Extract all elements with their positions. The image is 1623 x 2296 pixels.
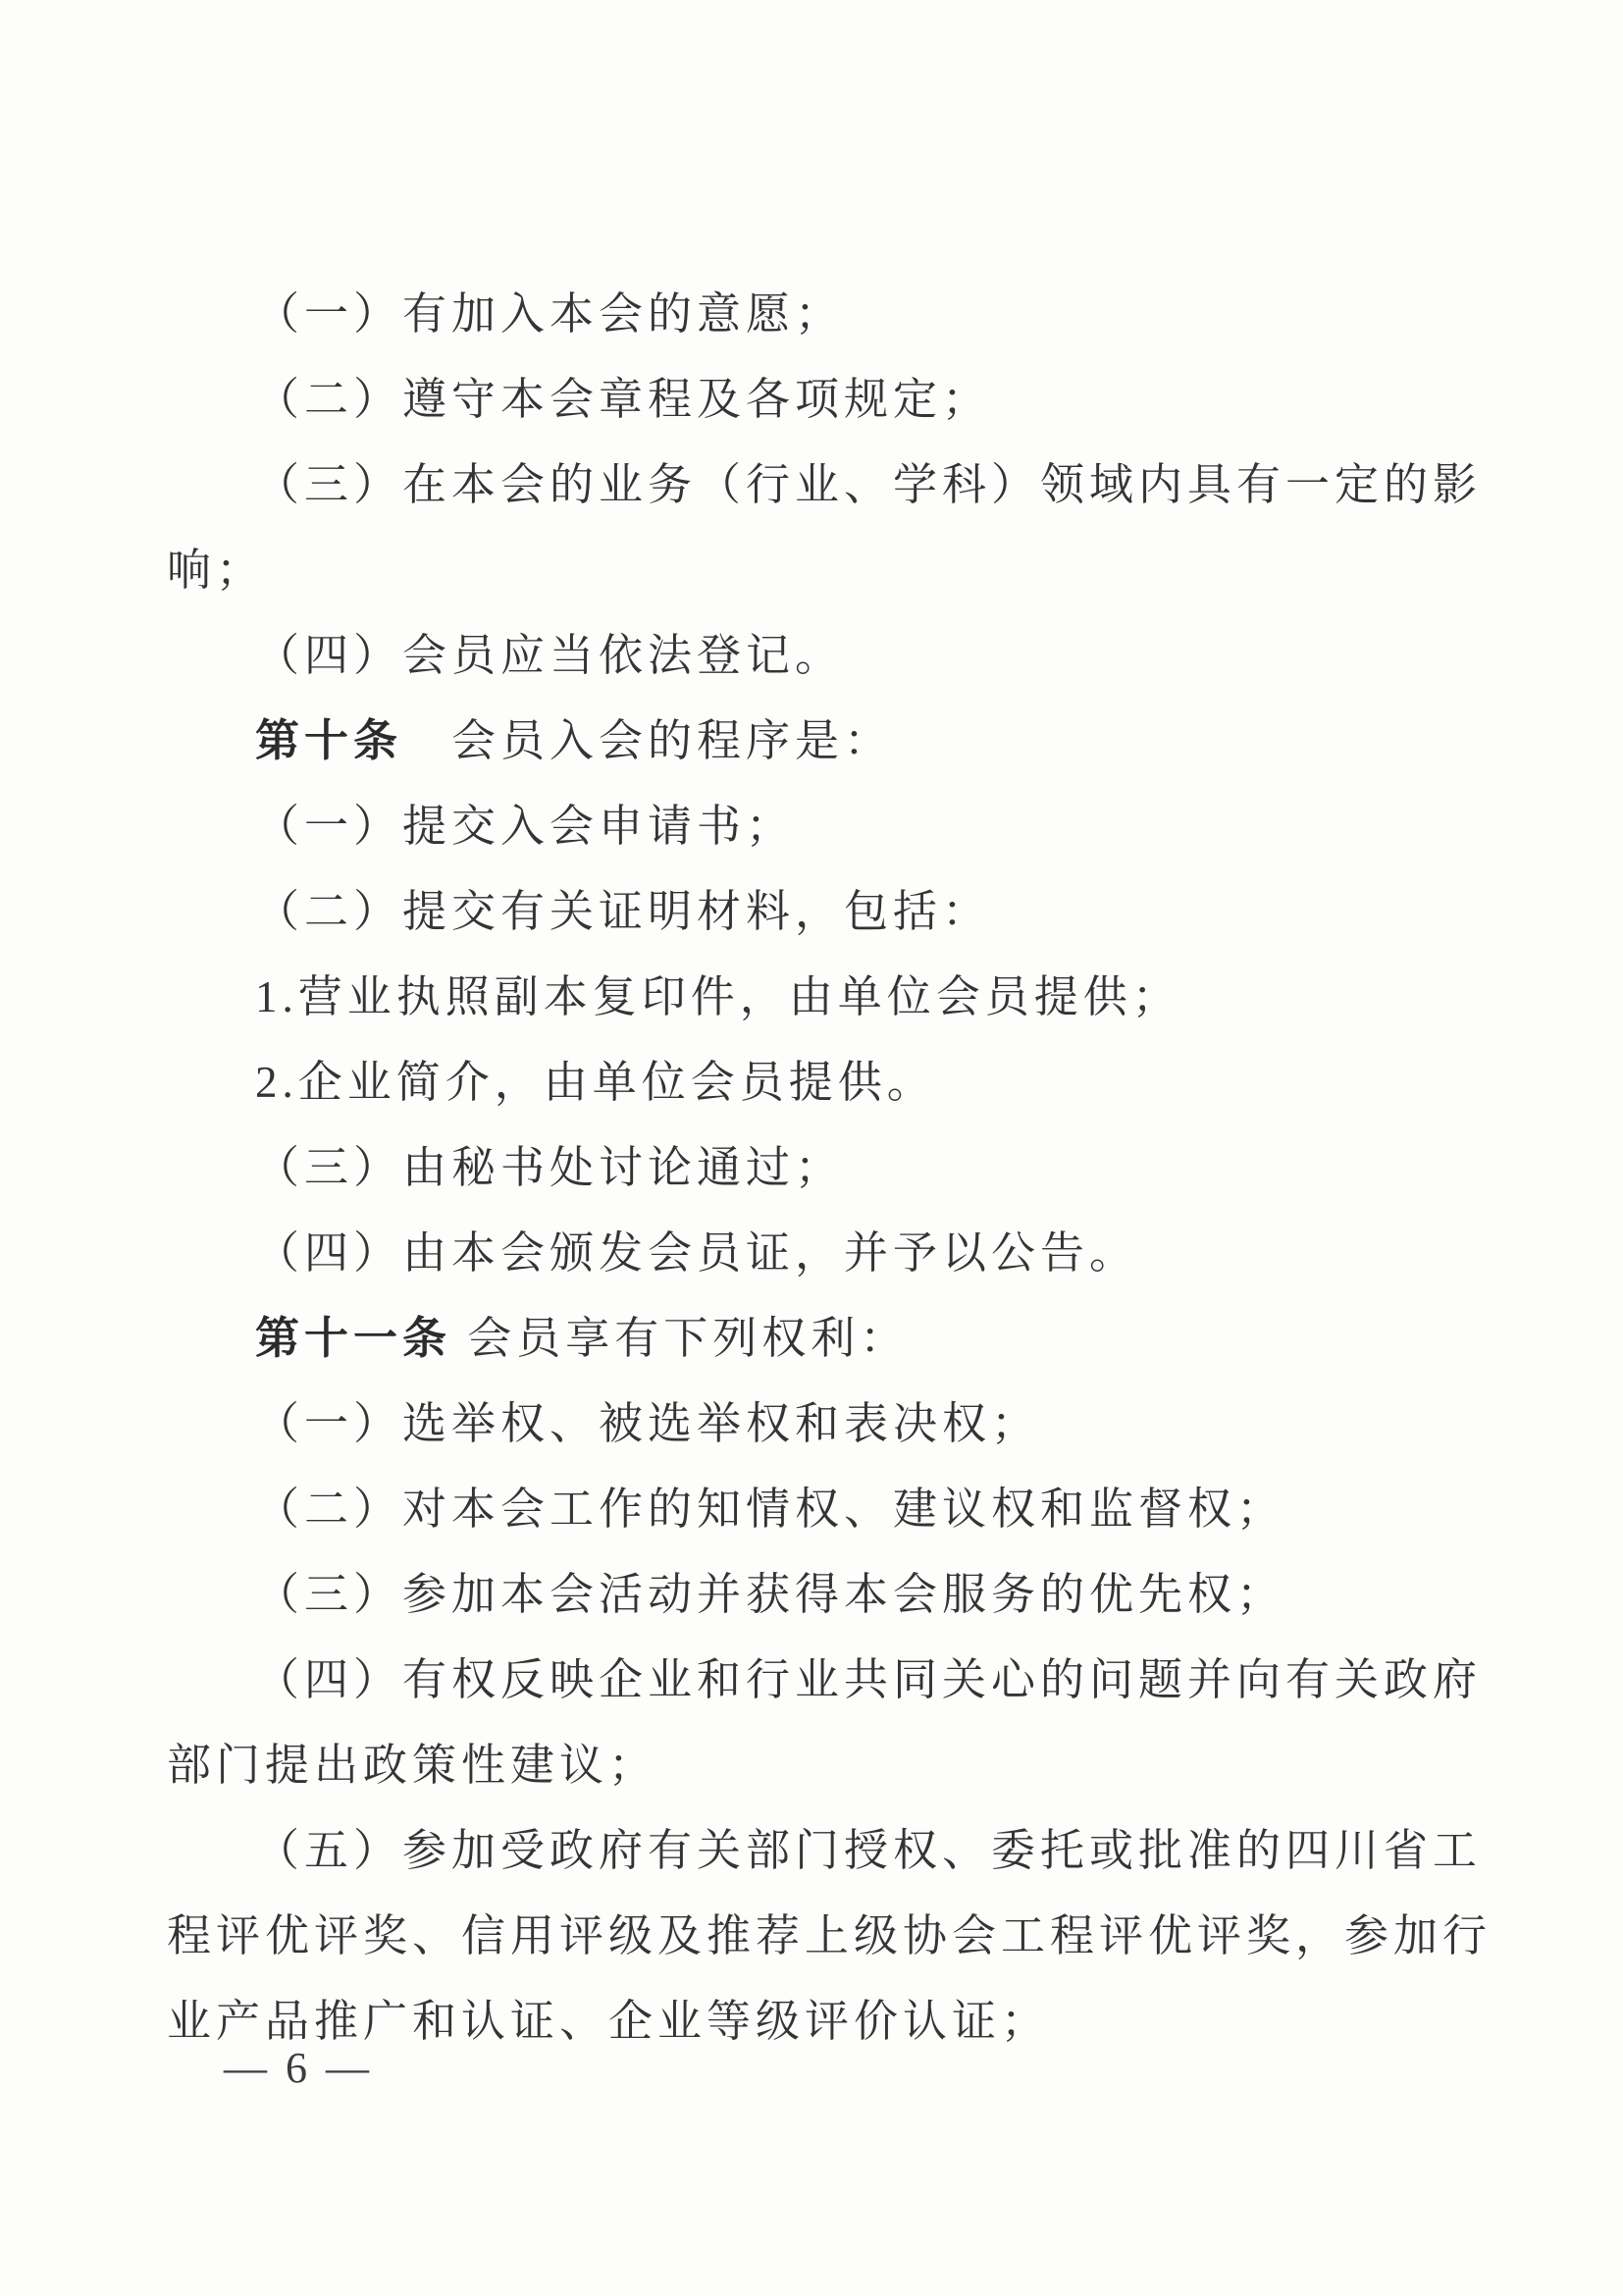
document-lines: （一）有加入本会的意愿；（二）遵守本会章程及各项规定；（三）在本会的业务（行业、…	[167, 272, 1505, 2064]
body-text-line: 2.企业简介，由单位会员提供。	[167, 1040, 1505, 1125]
line-text: 响；	[167, 546, 265, 595]
line-text: 会员享有下列权利：	[451, 1314, 909, 1363]
body-text-line: （三）参加本会活动并获得本会服务的优先权；	[167, 1552, 1505, 1638]
article-heading-line: 第十一条 会员享有下列权利：	[167, 1296, 1505, 1382]
line-text: （五）参加受政府有关部门授权、委托或批准的四川省工	[255, 1826, 1482, 1875]
line-text: （三）参加本会活动并获得本会服务的优先权；	[255, 1570, 1285, 1619]
line-text: （三）在本会的业务（行业、学科）领域内具有一定的影	[255, 460, 1482, 509]
article-number: 第十一条	[255, 1314, 451, 1363]
body-text-line: （四）会员应当依法登记。	[167, 613, 1505, 699]
page-number: — 6 —	[224, 2043, 373, 2094]
article-heading-line: 第十条 会员入会的程序是：	[167, 699, 1505, 784]
line-text: 2.企业简介，由单位会员提供。	[255, 1058, 936, 1107]
line-text: （一）有加入本会的意愿；	[255, 289, 844, 339]
line-text: （一）提交入会申请书；	[255, 802, 795, 851]
article-number: 第十条	[255, 716, 402, 765]
line-text: （二）提交有关证明材料，包括：	[255, 887, 991, 936]
document-page: （一）有加入本会的意愿；（二）遵守本会章程及各项规定；（三）在本会的业务（行业、…	[0, 0, 1623, 2296]
line-text: （二）对本会工作的知情权、建议权和监督权；	[255, 1485, 1285, 1534]
body-text-line: （一）有加入本会的意愿；	[167, 272, 1505, 357]
line-text: （四）有权反映企业和行业共同关心的问题并向有关政府	[255, 1655, 1482, 1704]
body-text-line: （三）在本会的业务（行业、学科）领域内具有一定的影	[167, 443, 1505, 528]
body-text-line: （五）参加受政府有关部门授权、委托或批准的四川省工	[167, 1808, 1505, 1894]
body-text-line: （二）遵守本会章程及各项规定；	[167, 357, 1505, 443]
line-text: 部门提出政策性建议；	[167, 1741, 657, 1790]
body-text-line: 1.营业执照副本复印件，由单位会员提供；	[167, 955, 1505, 1040]
line-text: （一）选举权、被选举权和表决权；	[255, 1399, 1040, 1448]
body-text-line: （二）对本会工作的知情权、建议权和监督权；	[167, 1467, 1505, 1552]
body-text-line: （三）由秘书处讨论通过；	[167, 1125, 1505, 1211]
body-text-line: （四）有权反映企业和行业共同关心的问题并向有关政府	[167, 1638, 1505, 1723]
line-text: 程评优评奖、信用评级及推荐上级协会工程评优评奖，参加行	[167, 1911, 1492, 1960]
body-text-line: （二）提交有关证明材料，包括：	[167, 869, 1505, 955]
line-text: （二）遵守本会章程及各项规定；	[255, 375, 991, 424]
line-text: （三）由秘书处讨论通过；	[255, 1143, 844, 1192]
line-text: 会员入会的程序是：	[402, 716, 893, 765]
body-text-line: （一）选举权、被选举权和表决权；	[167, 1382, 1505, 1467]
line-text: （四）会员应当依法登记。	[255, 631, 844, 680]
body-text-line: 部门提出政策性建议；	[167, 1723, 1505, 1808]
body-text-line: （一）提交入会申请书；	[167, 784, 1505, 869]
line-text: 业产品推广和认证、企业等级评价认证；	[167, 1997, 1050, 2046]
line-text: （四）由本会颁发会员证，并予以公告。	[255, 1228, 1138, 1278]
line-text: 1.营业执照副本复印件，由单位会员提供；	[255, 972, 1181, 1021]
body-text-line: 程评优评奖、信用评级及推荐上级协会工程评优评奖，参加行	[167, 1894, 1505, 1979]
body-text-line: 响；	[167, 528, 1505, 613]
body-text-line: （四）由本会颁发会员证，并予以公告。	[167, 1211, 1505, 1296]
